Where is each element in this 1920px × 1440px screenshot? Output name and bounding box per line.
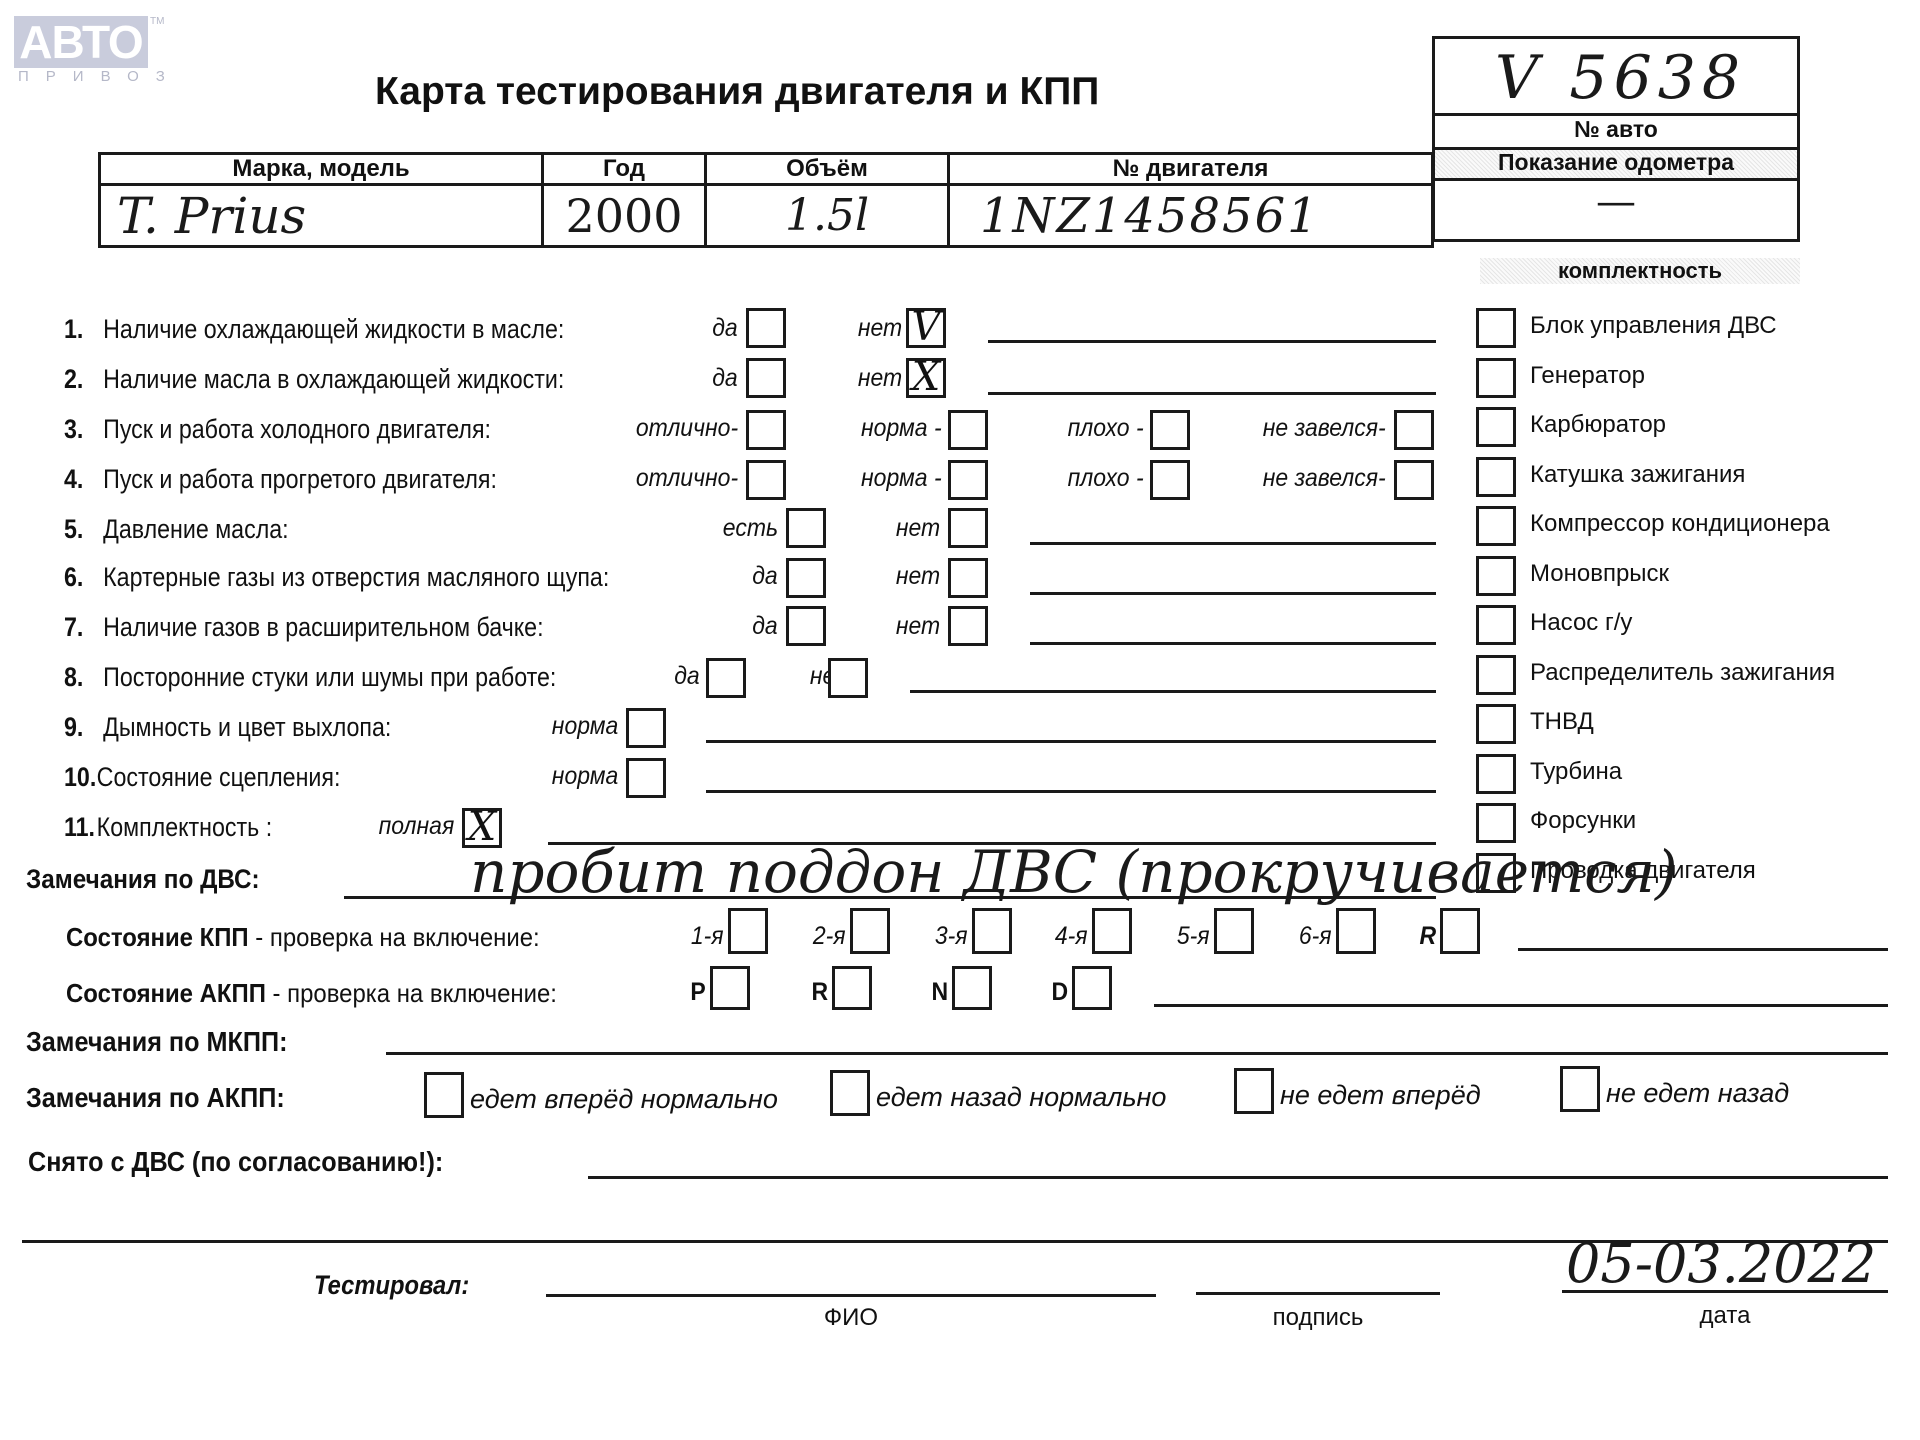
auto-remark-no-reverse-checkbox[interactable] [1560,1066,1600,1112]
manual-remarks-label: Замечания по МКПП: [26,1026,288,1058]
engine-remarks-label: Замечания по ДВС: [26,864,260,895]
q4-option-normal-checkbox[interactable] [948,460,988,500]
vehicle-number-label: № авто [1435,116,1797,143]
removed-parts-label: Снято с ДВС (по согласованию!): [28,1146,443,1178]
completeness-checkbox[interactable] [1476,704,1516,744]
gear-label: 2-я [813,922,846,951]
gear-checkbox[interactable] [1214,908,1254,954]
gear-label: 5-я [1177,922,1210,951]
q3-option-no-start-label: не завелся- [1263,414,1386,443]
completeness-title: комплектность [1480,258,1800,284]
transmission-position-label: N [931,978,948,1007]
q5-option-no-checkbox[interactable] [948,508,988,548]
check-mark-icon: V [909,303,943,351]
q7-option-yes-checkbox[interactable] [786,606,826,646]
q4-option-excellent-label: отлично- [636,464,738,493]
q5-notes-line[interactable] [1030,542,1436,545]
q8-option-yes-checkbox[interactable] [706,658,746,698]
brand-logo: АВТО [14,16,148,68]
column-year: Год [543,154,706,185]
question-5: 5. Давление масла: [64,514,289,545]
auto-remarks-label: Замечания по АКПП: [26,1082,285,1114]
auto-remark-reverse-ok-checkbox[interactable] [830,1070,870,1116]
manual-gearbox-label: Состояние КПП - проверка на включение: [66,922,540,953]
completeness-item-label: Турбина [1530,758,1622,786]
removed-parts-line[interactable] [588,1176,1888,1179]
volume-value[interactable]: 1.5l [706,185,949,247]
q8-option-yes-label: да [674,662,700,691]
q5-option-yes-label: есть [723,514,778,543]
gear-label: 4-я [1055,922,1088,951]
q3-option-no-start-checkbox[interactable] [1394,410,1434,450]
completeness-item-label: Распределитель зажигания [1530,659,1835,687]
gear-checkbox[interactable] [1440,908,1480,954]
q4-option-excellent-checkbox[interactable] [746,460,786,500]
auto-gearbox-notes-line[interactable] [1154,1004,1888,1007]
q2-option-yes-label: да [712,364,738,393]
auto-remark-forward-ok-label: едет вперёд нормально [470,1084,778,1115]
q4-option-bad-checkbox[interactable] [1150,460,1190,500]
q5-option-yes-checkbox[interactable] [786,508,826,548]
fio-line[interactable] [546,1294,1156,1297]
tested-by-label: Тестировал: [314,1270,469,1301]
q3-option-excellent-label: отлично- [636,414,738,443]
question-8: 8. Посторонние стуки или шумы при работе… [64,662,556,693]
question-9: 9. Дымность и цвет выхлопа: [64,712,391,743]
question-10: 10.Состояние сцепления: [64,762,340,793]
brand-logo-subtitle: ПРИВОЗ [18,68,182,85]
completeness-checkbox[interactable] [1476,506,1516,546]
completeness-item-label: Карбюратор [1530,411,1666,439]
q4-option-normal-label: норма - [861,464,942,493]
q5-option-no-label: нет [896,514,940,543]
completeness-checkbox[interactable] [1476,308,1516,348]
question-3: 3. Пуск и работа холодного двигателя: [64,414,491,445]
q7-notes-line[interactable] [1030,642,1436,645]
auto-remark-no-reverse-label: не едет назад [1606,1078,1789,1109]
q9-option-normal-checkbox[interactable] [626,708,666,748]
completeness-item-label: Компрессор кондиционера [1530,510,1830,538]
fio-label: ФИО [546,1304,1156,1332]
q2-option-no-label: нет [858,364,902,393]
completeness-checkbox[interactable] [1476,655,1516,695]
question-6: 6. Картерные газы из отверстия масляного… [64,562,609,593]
manual-remarks-line[interactable] [386,1052,1888,1055]
auto-gearbox-label: Состояние АКПП - проверка на включение: [66,978,557,1009]
completeness-checkbox[interactable] [1476,358,1516,398]
q1-option-no-label: нет [858,314,902,343]
completeness-item-label: Форсунки [1530,807,1636,835]
column-engine-number: № двигателя [949,154,1433,185]
gear-checkbox[interactable] [972,908,1012,954]
q2-option-no-checkbox[interactable]: X [906,358,946,398]
auto-remark-no-forward-label: не едет вперёд [1280,1080,1481,1111]
column-volume: Объём [706,154,949,185]
q6-notes-line[interactable] [1030,592,1436,595]
auto-remark-forward-ok-checkbox[interactable] [424,1072,464,1118]
auto-remark-no-forward-checkbox[interactable] [1234,1068,1274,1114]
q8-notes-line[interactable] [910,690,1436,693]
gear-checkbox[interactable] [1336,908,1376,954]
engine-number-value[interactable]: 1NZ1458561 [949,185,1433,247]
completeness-checkbox[interactable] [1476,605,1516,645]
q1-option-yes-checkbox[interactable] [746,308,786,348]
completeness-checkbox[interactable] [1476,407,1516,447]
q9-option-normal-label: норма [551,712,618,741]
transmission-position-label: R [811,978,828,1007]
completeness-item-label: Моновпрыск [1530,560,1669,588]
year-value[interactable]: 2000 [543,185,706,247]
q3-option-normal-label: норма - [861,414,942,443]
vehicle-header-table: Марка, модель Год Объём № двигателя T. P… [98,152,1434,248]
q2-notes-line[interactable] [988,392,1436,395]
q1-option-yes-label: да [712,314,738,343]
completeness-item-label: Генератор [1530,362,1645,390]
gear-label: 6-я [1299,922,1332,951]
q8-option-no-checkbox[interactable] [828,658,868,698]
q6-option-yes-label: да [752,562,778,591]
transmission-position-checkbox[interactable] [952,966,992,1010]
transmission-position-label: P [691,978,706,1007]
odometer-label: Показание одометра [1435,149,1797,176]
cross-mark-icon: X [909,353,943,401]
completeness-checkbox[interactable] [1476,803,1516,843]
q6-option-no-checkbox[interactable] [948,558,988,598]
page-title: Карта тестирования двигателя и КПП [375,70,1099,114]
q2-option-yes-checkbox[interactable] [746,358,786,398]
q3-option-normal-checkbox[interactable] [948,410,988,450]
signature-label: подпись [1196,1304,1440,1332]
gear-label: R [1419,922,1436,951]
q9-notes-line[interactable] [706,740,1436,743]
gear-label: 3-я [935,922,968,951]
q3-option-excellent-checkbox[interactable] [746,410,786,450]
gear-checkbox[interactable] [1092,908,1132,954]
completeness-checkbox[interactable] [1476,457,1516,497]
date-label: дата [1562,1302,1888,1330]
question-11: 11.Комплектность : [64,812,272,843]
q3-option-bad-checkbox[interactable] [1150,410,1190,450]
trademark-mark: TM [150,16,164,27]
gear-checkbox[interactable] [850,908,890,954]
q10-option-normal-label: норма [551,762,618,791]
q11-option-full-label: полная [378,812,454,841]
q10-option-normal-checkbox[interactable] [626,758,666,798]
question-4: 4. Пуск и работа прогретого двигателя: [64,464,497,495]
completeness-checkbox[interactable] [1476,754,1516,794]
signature-line[interactable] [1196,1292,1440,1295]
q7-option-yes-label: да [752,612,778,641]
transmission-position-checkbox[interactable] [1072,966,1112,1010]
q1-notes-line[interactable] [988,340,1436,343]
engine-remarks-value[interactable]: пробит поддон ДВС (прокручивается) [470,838,1678,906]
q4-option-no-start-label: не завелся- [1263,464,1386,493]
q10-notes-line[interactable] [706,790,1436,793]
q7-option-no-checkbox[interactable] [948,606,988,646]
q6-option-yes-checkbox[interactable] [786,558,826,598]
transmission-position-label: D [1051,978,1068,1007]
q6-option-no-label: нет [896,562,940,591]
q4-option-no-start-checkbox[interactable] [1394,460,1434,500]
question-2: 2. Наличие масла в охлаждающей жидкости: [64,364,564,395]
question-1: 1. Наличие охлаждающей жидкости в масле: [64,314,564,345]
gear-checkbox[interactable] [728,908,768,954]
vehicle-info-box: V 5638 № авто Показание одометра — [1432,36,1800,242]
completeness-checkbox[interactable] [1476,556,1516,596]
vehicle-number-value[interactable]: V 5638 [1495,43,1746,113]
date-value[interactable]: 05-03.2022 [1566,1232,1876,1295]
make-model-value[interactable]: T. Prius [100,185,543,247]
completeness-item-label: ТНВД [1530,708,1594,736]
auto-remark-reverse-ok-label: едет назад нормально [876,1082,1166,1113]
transmission-position-checkbox[interactable] [710,966,750,1010]
completeness-item-label: Блок управления ДВС [1530,312,1777,340]
column-make-model: Марка, модель [100,154,543,185]
gear-label: 1-я [691,922,724,951]
q4-option-bad-label: плохо - [1068,464,1144,493]
q1-option-no-checkbox[interactable]: V [906,308,946,348]
manual-gearbox-notes-line[interactable] [1518,948,1888,951]
completeness-item-label: Катушка зажигания [1530,461,1745,489]
q7-option-no-label: нет [896,612,940,641]
question-7: 7. Наличие газов в расширительном бачке: [64,612,544,643]
q3-option-bad-label: плохо - [1068,414,1144,443]
completeness-item-label: Насос г/у [1530,609,1632,637]
odometer-value[interactable]: — [1435,179,1797,225]
transmission-position-checkbox[interactable] [832,966,872,1010]
